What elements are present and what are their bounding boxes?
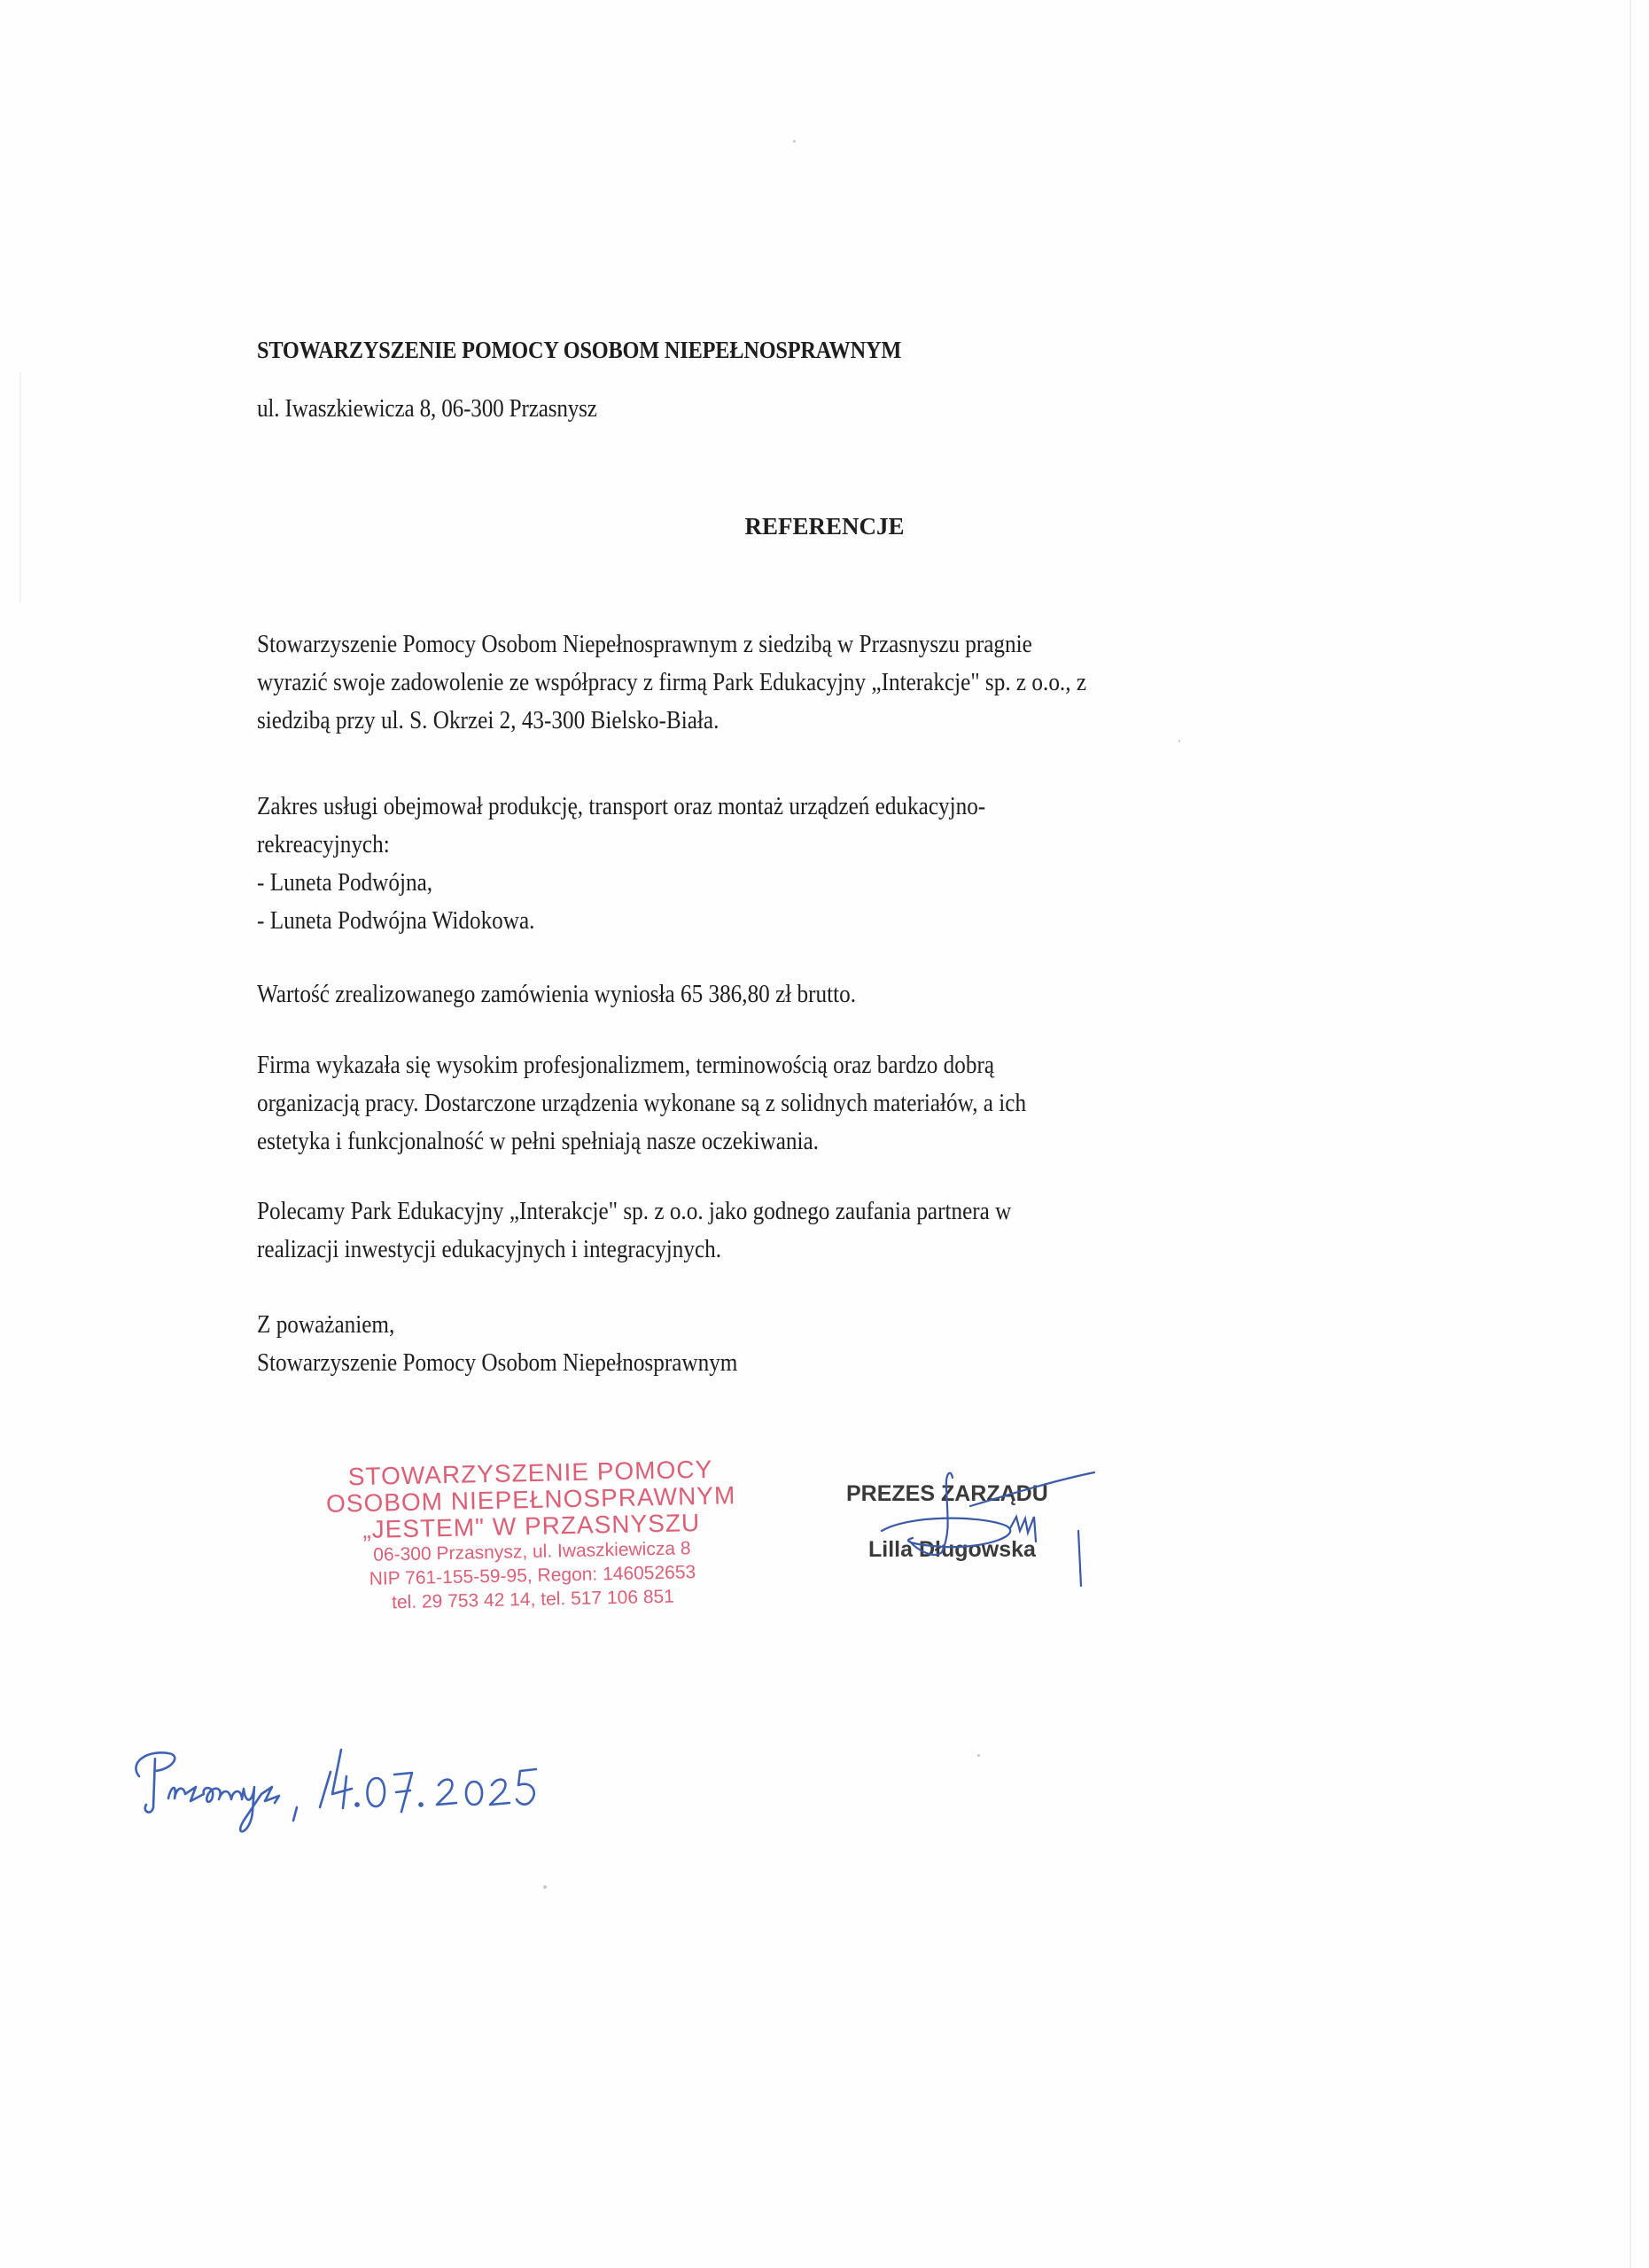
organization-address: ul. Iwaszkiewicza 8, 06-300 Przasnysz xyxy=(257,390,597,428)
document-title-text: REFERENCJE xyxy=(744,508,904,546)
product-list-item: - Luneta Podwójna, xyxy=(257,864,985,902)
paragraph-order-value: Wartość zrealizowanego zamówienia wynios… xyxy=(257,975,856,1014)
scan-speck xyxy=(793,140,796,143)
closing-salutation: Z poważaniem, xyxy=(257,1306,737,1344)
paragraph-line: Stowarzyszenie Pomocy Osobom Niepełnospr… xyxy=(257,625,1086,664)
organization-stamp: STOWARZYSZENIE POMOCY OSOBOM NIEPEŁNOSPR… xyxy=(308,1456,754,1616)
paragraph-line: siedzibą przy ul. S. Okrzei 2, 43-300 Bi… xyxy=(257,702,1086,740)
handwritten-signature-icon xyxy=(846,1453,1130,1595)
document-title: REFERENCJE xyxy=(0,508,1649,546)
paragraph-scope: Zakres usługi obejmował produkcję, trans… xyxy=(257,788,985,940)
scanned-letter-page: STOWARZYSZENIE POMOCY OSOBOM NIEPEŁNOSPR… xyxy=(0,0,1649,2268)
scan-edge-shadow xyxy=(19,372,21,602)
handwritten-place-date-icon xyxy=(120,1723,616,1865)
paragraph-line: organizacją pracy. Dostarczone urządzeni… xyxy=(257,1084,1026,1122)
scan-speck xyxy=(1178,740,1180,742)
paragraph-line: wyrazić swoje zadowolenie ze współpracy … xyxy=(257,664,1086,702)
closing-signatory-org: Stowarzyszenie Pomocy Osobom Niepełnospr… xyxy=(257,1344,737,1382)
paragraph-line: rekreacyjnych: xyxy=(257,826,985,864)
handwritten-place-date xyxy=(120,1723,616,1869)
paragraph-line: estetyka i funkcjonalność w pełni spełni… xyxy=(257,1122,1026,1161)
signature-block: PREZES ZARZĄDU Lilla Długowska xyxy=(846,1453,1130,1595)
organization-heading: STOWARZYSZENIE POMOCY OSOBOM NIEPEŁNOSPR… xyxy=(257,331,901,369)
paragraph-introduction: Stowarzyszenie Pomocy Osobom Niepełnospr… xyxy=(257,625,1086,740)
scan-edge-shadow xyxy=(1630,0,1631,2268)
paragraph-line: Firma wykazała się wysokim profesjonaliz… xyxy=(257,1046,1026,1084)
closing: Z poważaniem, Stowarzyszenie Pomocy Osob… xyxy=(257,1306,737,1382)
paragraph-line: Wartość zrealizowanego zamówienia wynios… xyxy=(257,975,856,1014)
paragraph-line: Zakres usługi obejmował produkcję, trans… xyxy=(257,788,985,826)
paragraph-recommendation: Polecamy Park Edukacyjny „Interakcje" sp… xyxy=(257,1192,1011,1269)
scan-speck xyxy=(977,1754,980,1757)
paragraph-assessment: Firma wykazała się wysokim profesjonaliz… xyxy=(257,1046,1026,1161)
paragraph-line: Polecamy Park Edukacyjny „Interakcje" sp… xyxy=(257,1192,1011,1231)
paragraph-line: realizacji inwestycji edukacyjnych i int… xyxy=(257,1231,1011,1269)
scan-speck xyxy=(543,1885,547,1889)
product-list-item: - Luneta Podwójna Widokowa. xyxy=(257,902,985,940)
